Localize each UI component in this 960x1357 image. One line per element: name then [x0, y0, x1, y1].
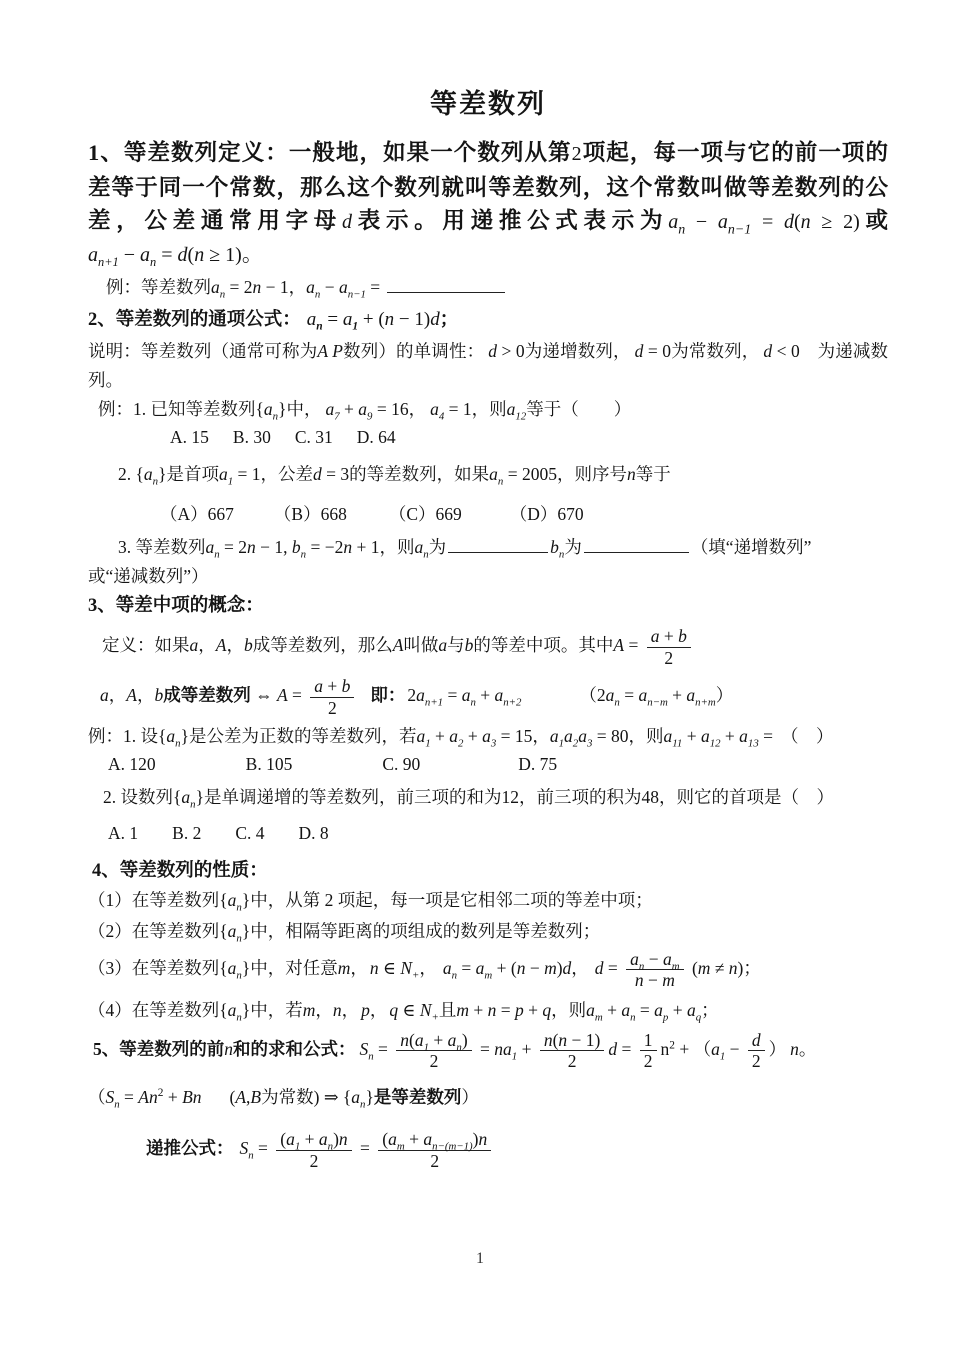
math-italic-run: a [88, 244, 98, 266]
text-run: （ [579, 685, 597, 705]
math-roman-run: 2 [328, 698, 337, 718]
text-run: 为递增数列， [525, 341, 631, 361]
text-run: 为 [429, 537, 447, 557]
math-roman-run: ≥ 2) [811, 211, 860, 233]
math-roman-run: < 0 [772, 341, 800, 361]
math-italic-run: m [338, 958, 351, 978]
text-run: 1、等差数列定义：一般地，如果一个数列从第 [88, 140, 572, 165]
math-italic-run: a [286, 1129, 295, 1149]
text-run: 中，若 [250, 1000, 303, 1020]
math-italic-run: n [544, 1030, 553, 1050]
math-roman-run: } [196, 787, 204, 807]
text-run: ， [109, 685, 127, 705]
math-roman-run: 2 [597, 685, 606, 705]
section-2-heading: 2、等差数列的通项公式：an = a1 + (n − 1)d； [88, 305, 888, 335]
math-roman-run: 668 [321, 504, 347, 524]
text-run: ） [769, 1039, 787, 1059]
math-roman-run: } [242, 1000, 250, 1020]
math-roman-run: + ( [492, 958, 516, 978]
math-italic-run: q [389, 1000, 398, 1020]
math-italic-run: m [662, 970, 675, 990]
recursive-formula: 递推公式：Sn = (a1 + an)n2 = (am + an−(m−1))n… [88, 1126, 888, 1174]
math-roman-run: 12 [501, 787, 519, 807]
math-roman-run: = [624, 635, 643, 655]
math-italic-run: a [339, 277, 348, 297]
math-italic-run: Bn [182, 1087, 201, 1107]
math-italic-run: An [138, 1087, 157, 1107]
math-roman-run: − [644, 949, 663, 969]
math-roman-run: 48 [641, 787, 659, 807]
math-italic-run: a [219, 464, 228, 484]
text-run: 为常数列， [671, 341, 759, 361]
math-italic-run: a [578, 726, 587, 746]
math-italic-run: a [718, 211, 728, 233]
spacer [773, 741, 781, 742]
spacer [138, 838, 172, 839]
math-italic-run: a [307, 309, 317, 330]
math-roman-run: { [219, 921, 227, 941]
math-roman-run: 2. [103, 787, 121, 807]
math-italic-run: d [595, 958, 604, 978]
s2-question-2: 2. {an}是首项a1 = 1，公差d = 3的等差数列，如果an = 200… [88, 460, 888, 489]
math-italic-run: a [668, 211, 678, 233]
math-roman-run: 669 [436, 504, 462, 524]
bold-text-run: 是等差数列 [374, 1087, 462, 1107]
math-italic-run: d [178, 244, 188, 266]
text-run: ， [315, 1000, 333, 1020]
page-number: 1 [0, 1250, 960, 1268]
math-italic-run: a [100, 685, 109, 705]
text-run: 项起，每一项与它的前一项的 [582, 140, 888, 165]
math-roman-run: 2 [407, 685, 416, 705]
math-italic-run: a [358, 399, 367, 419]
math-italic-run: a [687, 1000, 696, 1020]
math-roman-run: − 1) [394, 309, 430, 330]
math-italic-run: n [333, 1000, 342, 1020]
text-run: 的等差数列，如果 [349, 464, 489, 484]
text-run: 或“递减数列”） [88, 566, 209, 586]
math-roman-run: = [476, 1039, 495, 1059]
fraction-denominator: 2 [748, 1051, 765, 1072]
math-roman-run: { [219, 958, 227, 978]
math-italic-run: a [416, 685, 425, 705]
math-roman-run: = [617, 1039, 636, 1059]
subscript: n+1 [425, 697, 443, 709]
math-roman-run: = 1 [444, 399, 471, 419]
math-italic-run: N [400, 958, 412, 978]
text-run: 差等于同一个常数，那么这个数列就叫等差数列，这个常数叫做等差数列的公 [88, 175, 888, 200]
math-italic-run: n [729, 958, 738, 978]
math-roman-run: = [323, 309, 343, 330]
math-italic-run: d [430, 309, 440, 330]
text-run: 说明：等差数列（通常可称为 [88, 341, 317, 361]
math-roman-run: + [163, 1087, 182, 1107]
math-italic-run: d [784, 211, 794, 233]
math-italic-run: p [515, 1000, 524, 1020]
math-italic-run: n [627, 464, 636, 484]
text-run: ， [409, 399, 427, 419]
math-roman-run: C. 90 [382, 754, 420, 774]
math-roman-run: = [759, 726, 773, 746]
fraction: n(n − 1)2 [540, 1030, 605, 1072]
math-italic-run: S [360, 1039, 369, 1059]
subscript: 11 [672, 737, 682, 749]
subscript: n+1 [98, 255, 119, 269]
math-roman-run: + [431, 726, 450, 746]
bold-text-run: 4、等差数列的性质： [92, 861, 268, 881]
math-roman-run: − [320, 277, 339, 297]
math-roman-run: + ( [358, 309, 385, 330]
math-roman-run: C. 31 [295, 427, 333, 447]
math-roman-run: = 15 [496, 726, 532, 746]
fraction-numerator: (am + an−(m−1))n [378, 1129, 491, 1151]
text-run: ， [226, 635, 244, 655]
math-roman-run: + [517, 1039, 536, 1059]
math-italic-run: d [313, 464, 322, 484]
math-italic-run: a [206, 537, 215, 557]
text-run: ， [137, 685, 155, 705]
math-italic-run: m [698, 958, 711, 978]
math-italic-run: a [415, 1030, 424, 1050]
text-run: （ [694, 1039, 712, 1059]
math-roman-run: = [604, 958, 623, 978]
math-italic-run: n [224, 1039, 233, 1059]
math-italic-run: m [303, 1000, 316, 1020]
fraction-numerator: n(a1 + an) [396, 1030, 471, 1052]
math-italic-run: b [678, 626, 687, 646]
s3-e1-options: A. 120B. 105C. 90D. 75 [88, 751, 888, 777]
text-run: 例：等差数列 [106, 277, 211, 297]
fraction-denominator: 2 [426, 1151, 443, 1172]
math-roman-run: = [120, 1087, 139, 1107]
text-run: ，公差 [261, 464, 314, 484]
spacer [462, 519, 510, 520]
math-roman-run: 2. { [118, 464, 144, 484]
text-run: ，则 [472, 399, 507, 419]
math-roman-run: = 2005 [503, 464, 557, 484]
text-run: ， [342, 1000, 360, 1020]
math-roman-run: = 0 [643, 341, 671, 361]
math-roman-run: D. 8 [299, 823, 329, 843]
math-roman-run: 2 [568, 1051, 577, 1071]
math-roman-run: + [300, 1129, 319, 1149]
math-roman-run: { [219, 1000, 227, 1020]
math-roman-run: = 2 [225, 277, 252, 297]
text-run: （2）在等差数列 [88, 921, 219, 941]
math-roman-run: + [463, 726, 482, 746]
math-italic-run: a [482, 726, 491, 746]
math-italic-run: a [443, 958, 452, 978]
subscript: + [432, 1011, 439, 1023]
fraction-numerator: a + b [647, 626, 691, 648]
math-italic-run: a [416, 726, 425, 746]
math-roman-run: } [181, 726, 189, 746]
text-run: 叫做 [403, 635, 438, 655]
math-roman-run: = [751, 211, 784, 233]
subscript: n−1 [348, 289, 366, 301]
math-roman-run: 2 [572, 143, 582, 165]
math-italic-run: a [181, 787, 190, 807]
math-roman-run: − [725, 1039, 744, 1059]
math-italic-run: a [388, 1129, 397, 1149]
subscript: n+2 [503, 697, 521, 709]
math-italic-run: A P [317, 341, 343, 361]
math-roman-run: = [496, 1000, 515, 1020]
text-run: （ ） [781, 726, 834, 746]
section-5-sum-formula: 5、等差数列的前n和的求和公式：Sn = n(a1 + an)2 = na1 +… [88, 1027, 888, 1075]
math-italic-run: a [449, 726, 458, 746]
text-run: （A） [160, 504, 208, 524]
math-roman-run: ( [688, 958, 698, 978]
math-roman-run: { [256, 399, 264, 419]
bold-text-run: 递推公式： [146, 1138, 234, 1158]
math-roman-run: ) [462, 1030, 468, 1050]
math-italic-run: n [370, 958, 379, 978]
math-italic-run: a [414, 537, 423, 557]
math-italic-run: d [488, 341, 497, 361]
math-roman-run: 2 [644, 1051, 653, 1071]
math-roman-run: + [323, 676, 342, 696]
subscript: n−m [647, 697, 668, 709]
definition-line-3: 差，公差通常用字母d表示。用递推公式表示为an − an−1 = d(n ≥ 2… [88, 204, 888, 239]
fraction-denominator: 2 [640, 1051, 657, 1072]
math-italic-run: a [550, 726, 559, 746]
math-roman-run: + [682, 726, 701, 746]
math-italic-run: d [608, 1039, 617, 1059]
fraction: a + b2 [647, 626, 691, 668]
math-italic-run: a [314, 676, 323, 696]
text-run: （D） [510, 504, 558, 524]
text-run: ； [743, 958, 761, 978]
fraction: an − amn − m [626, 949, 683, 991]
math-italic-run: B [250, 1087, 261, 1107]
math-italic-run: a [621, 1000, 630, 1020]
s2-example-1: 例：1. 已知等差数列{an}中，a7 + a9 = 16，a4 = 1，则a1… [88, 395, 888, 424]
fraction: (a1 + an)n2 [276, 1129, 351, 1171]
math-italic-run: n [558, 1030, 567, 1050]
text-run: 差，公差通常用字母 [88, 208, 342, 233]
math-italic-run: a [430, 399, 439, 419]
s5-note: （Sn = An2 + Bn(A,B为常数) ⇒ {an}是等差数列） [88, 1083, 888, 1112]
math-italic-run: m [544, 958, 557, 978]
math-roman-run: + [675, 1039, 694, 1059]
text-run: ，则 [379, 537, 414, 557]
spacer [271, 442, 295, 443]
math-roman-run: D. 64 [357, 427, 396, 447]
text-run: 是公差为正数的等差数列，若 [189, 726, 417, 746]
subscript: 12 [710, 737, 721, 749]
math-roman-run: = [254, 1138, 273, 1158]
bold-text-run: 5、等差数列的前 [93, 1039, 224, 1059]
math-roman-run: + [476, 685, 495, 705]
text-run: 且 [439, 1000, 457, 1020]
math-roman-run: + [659, 626, 678, 646]
fill-in-blank [448, 535, 548, 554]
text-run: 中，相隔等距离的项组成的数列是等差数列； [250, 921, 600, 941]
math-roman-run: B. 30 [233, 427, 271, 447]
text-run: （B） [274, 504, 321, 524]
math-italic-run: a [686, 685, 695, 705]
s2-question-3: 3. 等差数列an = 2n − 1, bn = −2n + 1，则an为bn为… [88, 533, 888, 562]
text-run: 中，对任意 [250, 958, 338, 978]
spacer [521, 700, 579, 701]
text-run: （4）在等差数列 [88, 1000, 219, 1020]
math-italic-run: a [711, 1039, 720, 1059]
math-roman-run: n [661, 1039, 670, 1059]
math-roman-run: − [685, 211, 718, 233]
math-italic-run: a [190, 635, 199, 655]
math-roman-run: = [366, 277, 385, 297]
math-italic-run: a [144, 464, 153, 484]
math-roman-run: } [242, 890, 250, 910]
math-roman-run: = [356, 1138, 375, 1158]
math-roman-run: 670 [557, 504, 583, 524]
spacer [420, 769, 518, 770]
spacer [234, 519, 274, 520]
math-roman-run: 2 [430, 1051, 439, 1071]
math-roman-run: } [242, 921, 250, 941]
math-roman-run: 3. [118, 537, 136, 557]
math-roman-run: − 1) [567, 1030, 600, 1050]
text-run: 等于（ ） [526, 399, 631, 419]
math-italic-run: A [235, 1087, 246, 1107]
fraction-denominator: 2 [564, 1051, 581, 1072]
document-title: 等差数列 [88, 86, 888, 122]
math-italic-run: d [752, 1030, 761, 1050]
document-page: 等差数列 1、等差数列定义：一般地，如果一个数列从第2项起，每一项与它的前一项的… [0, 0, 960, 1357]
text-run: 例：1. 设 [88, 726, 158, 746]
s4-property-3: （3）在等差数列{an}中，对任意m，n ∈ N+，an = am + (n −… [88, 946, 888, 994]
math-italic-run: A [126, 685, 137, 705]
math-roman-run: = 80 [592, 726, 628, 746]
text-run: 数列）的单调性： [343, 341, 484, 361]
fraction-denominator: 2 [660, 648, 677, 669]
subscript: m [397, 1141, 405, 1153]
math-roman-run: ∈ [398, 1000, 420, 1020]
spacer [156, 769, 246, 770]
text-run: ， [370, 1000, 388, 1020]
math-italic-run: n [194, 244, 204, 266]
math-italic-run: m [456, 1000, 469, 1020]
text-run: ） [461, 1087, 479, 1107]
math-italic-run: na [494, 1039, 512, 1059]
math-italic-run: n [478, 1129, 487, 1149]
math-roman-run: D. 75 [518, 754, 557, 774]
math-roman-run: + [721, 726, 740, 746]
math-roman-run: = [374, 1039, 393, 1059]
s2-q2-options: （A）667（B）668（C）669（D）670 [88, 501, 888, 527]
math-roman-run: > 0 [497, 341, 525, 361]
bold-text-run: 和的求和公式： [233, 1039, 356, 1059]
s1-example: 例：等差数列an = 2n − 1，an − an−1 = [88, 273, 888, 302]
math-italic-run: a [654, 1000, 663, 1020]
spacer [265, 838, 299, 839]
definition-line-4: an+1 − an = d(n ≥ 1)。 [88, 239, 888, 271]
fraction-numerator: 1 [640, 1030, 657, 1052]
math-italic-run: a [638, 685, 647, 705]
math-italic-run: S [106, 1087, 115, 1107]
math-italic-run: a [325, 399, 334, 419]
math-roman-run: = 3 [322, 464, 349, 484]
math-roman-run: = [636, 1000, 655, 1020]
math-italic-run: a [319, 1129, 328, 1149]
text-run: （C） [389, 504, 436, 524]
math-roman-run: = 1 [233, 464, 260, 484]
math-roman-run: + [340, 399, 359, 419]
math-roman-run: ≠ [710, 958, 728, 978]
math-roman-run: = 16 [372, 399, 408, 419]
math-roman-run: 2 [430, 1151, 439, 1171]
math-italic-run: a [140, 244, 150, 266]
text-run: ； [701, 1000, 719, 1020]
math-roman-run: − [525, 958, 544, 978]
math-roman-run: = [443, 685, 462, 705]
math-roman-run: = [620, 685, 639, 705]
math-italic-run: a [586, 1000, 595, 1020]
definition-line-2: 差等于同一个常数，那么这个数列就叫等差数列，这个常数叫做等差数列的公 [88, 171, 888, 204]
s4-property-4: （4）在等差数列{an}中，若m，n，p，q ∈ N+且m + n = p + … [88, 996, 888, 1025]
bold-text-run: 即： [370, 685, 405, 705]
math-roman-run: = [457, 958, 476, 978]
subscript: 12 [515, 411, 526, 423]
fraction: 12 [640, 1030, 657, 1072]
spacer [333, 442, 357, 443]
math-italic-run: a [564, 726, 573, 746]
math-roman-run: = [156, 244, 177, 266]
text-run: ，则 [551, 1000, 586, 1020]
text-run: 等于 [636, 464, 671, 484]
math-roman-run: ) ⇒ { [314, 1087, 352, 1107]
math-italic-run: a [423, 1129, 432, 1149]
math-italic-run: n [253, 277, 262, 297]
fraction-numerator: n(n − 1) [540, 1030, 605, 1052]
math-roman-run: B. 105 [246, 754, 293, 774]
math-roman-run: 2 [664, 648, 673, 668]
text-run: ； [440, 310, 459, 330]
math-italic-run: a [663, 949, 672, 969]
text-run: 为 [564, 537, 582, 557]
text-run: 成等差数列，那么 [253, 635, 393, 655]
bold-text-run: 3、等差中项的概念： [88, 596, 264, 616]
math-roman-run: C. 4 [235, 823, 264, 843]
s4-property-2: （2）在等差数列{an}中，相隔等距离的项组成的数列是等差数列； [88, 917, 888, 946]
text-run: （3）在等差数列 [88, 958, 219, 978]
text-run: 。 [799, 1039, 817, 1059]
math-italic-run: b [244, 635, 253, 655]
text-run: ， [419, 958, 437, 978]
math-roman-run: ≥ 1) [204, 244, 242, 266]
math-italic-run: a [351, 1087, 360, 1107]
bold-text-run: 2、等差数列的通项公式： [88, 310, 301, 330]
math-roman-run: = 2 [220, 537, 247, 557]
math-roman-run: + [469, 1000, 488, 1020]
text-run: ，则 [629, 726, 664, 746]
math-italic-run: a [438, 635, 447, 655]
math-roman-run: 667 [208, 504, 234, 524]
math-italic-run: n [385, 309, 395, 330]
fraction-numerator: an − am [626, 949, 683, 971]
math-roman-run: } [365, 1087, 373, 1107]
math-italic-run: d [763, 341, 772, 361]
text-run: 是单调递增的等差数列，前三项的和为 [204, 787, 502, 807]
text-run: ， [532, 726, 550, 746]
s4-property-1: （1）在等差数列{an}中，从第 2 项起，每一项是它相邻二项的等差中项； [88, 886, 888, 915]
fraction: a + b2 [310, 676, 354, 718]
fraction-denominator: n − m [631, 970, 679, 991]
math-italic-run: a [664, 726, 673, 746]
math-roman-run: + [405, 1129, 424, 1149]
math-roman-run: − [119, 244, 140, 266]
